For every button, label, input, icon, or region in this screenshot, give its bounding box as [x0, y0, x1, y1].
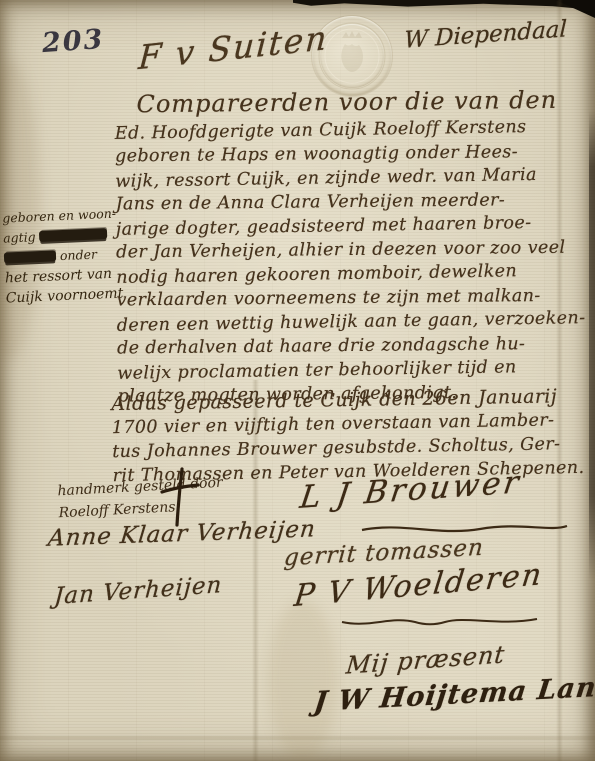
manuscript-page: 203 F v Suiten W Diependaal geboren en w…	[0, 0, 595, 761]
signature-flourish	[340, 614, 540, 630]
header-signature-left: F v Suiten	[137, 18, 330, 77]
folio-number: 203	[41, 24, 105, 59]
header-signature-right: W Diependaal	[404, 16, 568, 53]
cross-handmark-icon	[158, 466, 202, 528]
margin-note-word: onder	[60, 247, 98, 264]
margin-note-word: agtig	[3, 229, 36, 245]
attestation-mij-praesent: Mij præsent	[345, 640, 507, 679]
margin-note-line: Cuijk voornoemt	[5, 283, 124, 308]
page-right-edge-shadow	[589, 110, 595, 580]
act-body-text: Compareerden voor die van den Ed. Hoofdg…	[114, 84, 586, 409]
margin-note: geboren en woon- agtig onder het ressort…	[2, 203, 124, 308]
paper-stain	[268, 600, 338, 760]
torn-edge-top	[293, 0, 595, 10]
signature-jan-verheijen: Jan Verheijen	[53, 572, 223, 610]
redacted-text	[39, 228, 107, 242]
redacted-text	[4, 250, 56, 263]
